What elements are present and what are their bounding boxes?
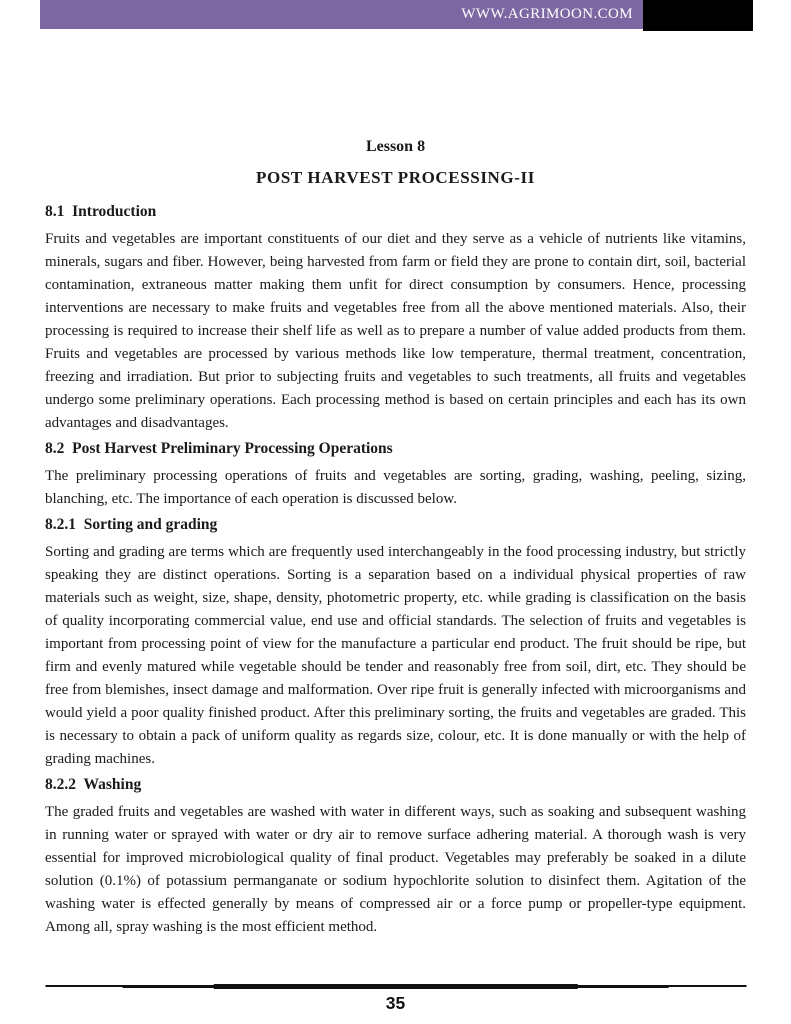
page-number: 35	[45, 992, 746, 1014]
section-8-1-heading: 8.1 Introduction	[45, 203, 746, 221]
page-footer: 35	[45, 981, 746, 1014]
footer-divider	[45, 981, 746, 990]
section-8-2-paragraph: The preliminary processing operations of…	[45, 465, 746, 511]
lesson-number-title: Lesson 8	[45, 137, 746, 156]
section-8-2-2-heading: 8.2.2 Washing	[45, 776, 746, 794]
section-8-2-heading: 8.2 Post Harvest Preliminary Processing …	[45, 440, 746, 458]
page-title: POST HARVEST PROCESSING-II	[45, 168, 746, 188]
section-8-1-paragraph: Fruits and vegetables are important cons…	[45, 228, 746, 435]
section-8-2-2-paragraph: The graded fruits and vegetables are was…	[45, 801, 746, 939]
footer-divider-layer	[301, 984, 490, 990]
document-page: WWW.AGRIMOON.COM Lesson 8 POST HARVEST P…	[0, 0, 791, 1024]
section-8-2-1-paragraph: Sorting and grading are terms which are …	[45, 541, 746, 771]
page-content: Lesson 8 POST HARVEST PROCESSING-II 8.1 …	[45, 0, 746, 940]
section-8-2-1-heading: 8.2.1 Sorting and grading	[45, 516, 746, 534]
